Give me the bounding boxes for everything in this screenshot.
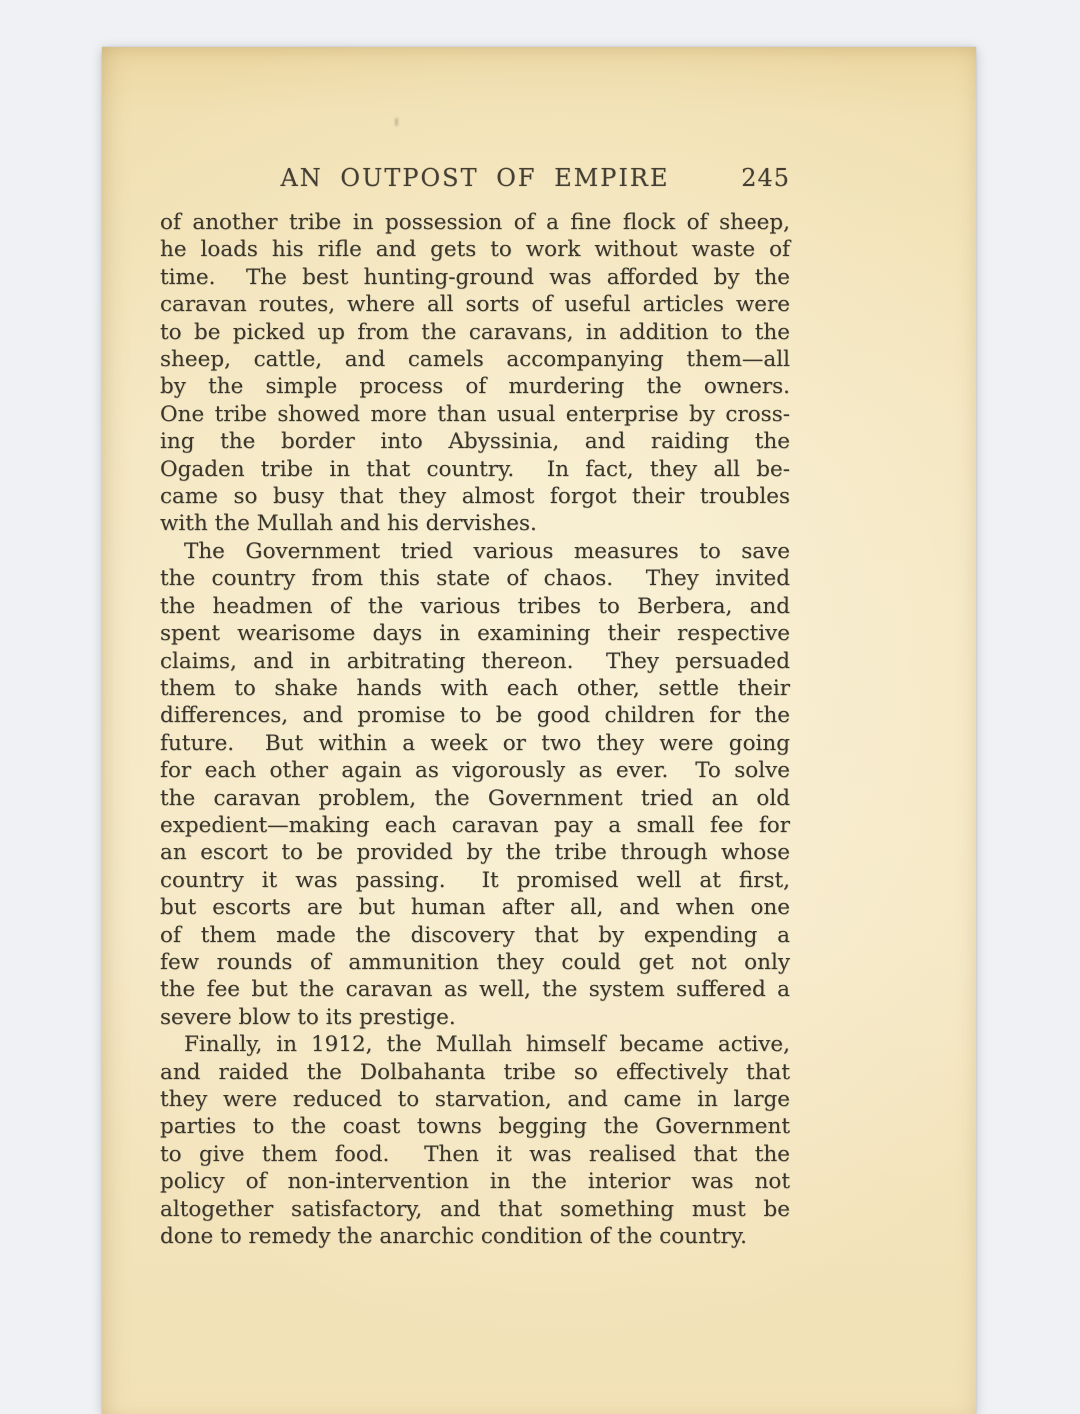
text-line: the caravan problem, the Government trie… bbox=[160, 785, 790, 812]
text-line: few rounds of ammunition they could get … bbox=[160, 949, 790, 976]
book-page: AN OUTPOST OF EMPIRE 245 of another trib… bbox=[102, 47, 976, 1414]
text-line: the fee but the caravan as well, the sys… bbox=[160, 976, 790, 1003]
scan-artifact bbox=[395, 118, 398, 126]
text-line: they were reduced to starvation, and cam… bbox=[160, 1086, 790, 1113]
text-line: The Government tried various measures to… bbox=[160, 538, 790, 565]
text-line: Finally, in 1912, the Mullah himself bec… bbox=[160, 1031, 790, 1058]
text-line: but escorts are but human after all, and… bbox=[160, 894, 790, 921]
text-line: Ogaden tribe in that country. In fact, t… bbox=[160, 456, 790, 483]
text-line: he loads his rifle and gets to work with… bbox=[160, 236, 790, 263]
text-line: for each other again as vigorously as ev… bbox=[160, 757, 790, 784]
text-line: the country from this state of chaos. Th… bbox=[160, 565, 790, 592]
text-line: of another tribe in possession of a fine… bbox=[160, 209, 790, 236]
text-line: with the Mullah and his dervishes. bbox=[160, 510, 790, 537]
text-line: altogether satisfactory, and that someth… bbox=[160, 1196, 790, 1223]
text-line: came so busy that they almost forgot the… bbox=[160, 483, 790, 510]
text-line: severe blow to its prestige. bbox=[160, 1004, 790, 1031]
text-line: claims, and in arbitrating thereon. They… bbox=[160, 648, 790, 675]
text-line: country it was passing. It promised well… bbox=[160, 867, 790, 894]
text-line: policy of non-intervention in the interi… bbox=[160, 1168, 790, 1195]
text-line: ing the border into Abyssinia, and raidi… bbox=[160, 428, 790, 455]
text-line: and raided the Dolbahanta tribe so effec… bbox=[160, 1059, 790, 1086]
text-line: of them made the discovery that by expen… bbox=[160, 922, 790, 949]
text-line: expedient—making each caravan pay a smal… bbox=[160, 812, 790, 839]
text-line: an escort to be provided by the tribe th… bbox=[160, 839, 790, 866]
text-line: spent wearisome days in examining their … bbox=[160, 620, 790, 647]
page-body: of another tribe in possession of a fine… bbox=[160, 209, 790, 1250]
paragraph: Finally, in 1912, the Mullah himself bec… bbox=[160, 1031, 790, 1250]
text-line: differences, and promise to be good chil… bbox=[160, 702, 790, 729]
text-line: the headmen of the various tribes to Ber… bbox=[160, 593, 790, 620]
text-line: parties to the coast towns begging the G… bbox=[160, 1113, 790, 1140]
text-line: done to remedy the anarchic condition of… bbox=[160, 1223, 790, 1250]
text-line: time. The best hunting-ground was afford… bbox=[160, 264, 790, 291]
text-line: by the simple process of murdering the o… bbox=[160, 373, 790, 400]
text-line: future. But within a week or two they we… bbox=[160, 730, 790, 757]
page-number: 245 bbox=[741, 163, 790, 193]
text-line: caravan routes, where all sorts of usefu… bbox=[160, 291, 790, 318]
text-line: sheep, cattle, and camels accompanying t… bbox=[160, 346, 790, 373]
page-header: AN OUTPOST OF EMPIRE 245 bbox=[160, 163, 790, 193]
running-title: AN OUTPOST OF EMPIRE bbox=[280, 164, 669, 192]
paragraph: of another tribe in possession of a fine… bbox=[160, 209, 790, 538]
text-line: One tribe showed more than usual enterpr… bbox=[160, 401, 790, 428]
text-line: them to shake hands with each other, set… bbox=[160, 675, 790, 702]
text-line: to give them food. Then it was realised … bbox=[160, 1141, 790, 1168]
text-line: to be picked up from the caravans, in ad… bbox=[160, 319, 790, 346]
document-viewer: AN OUTPOST OF EMPIRE 245 of another trib… bbox=[0, 0, 1080, 1414]
paragraph: The Government tried various measures to… bbox=[160, 538, 790, 1031]
